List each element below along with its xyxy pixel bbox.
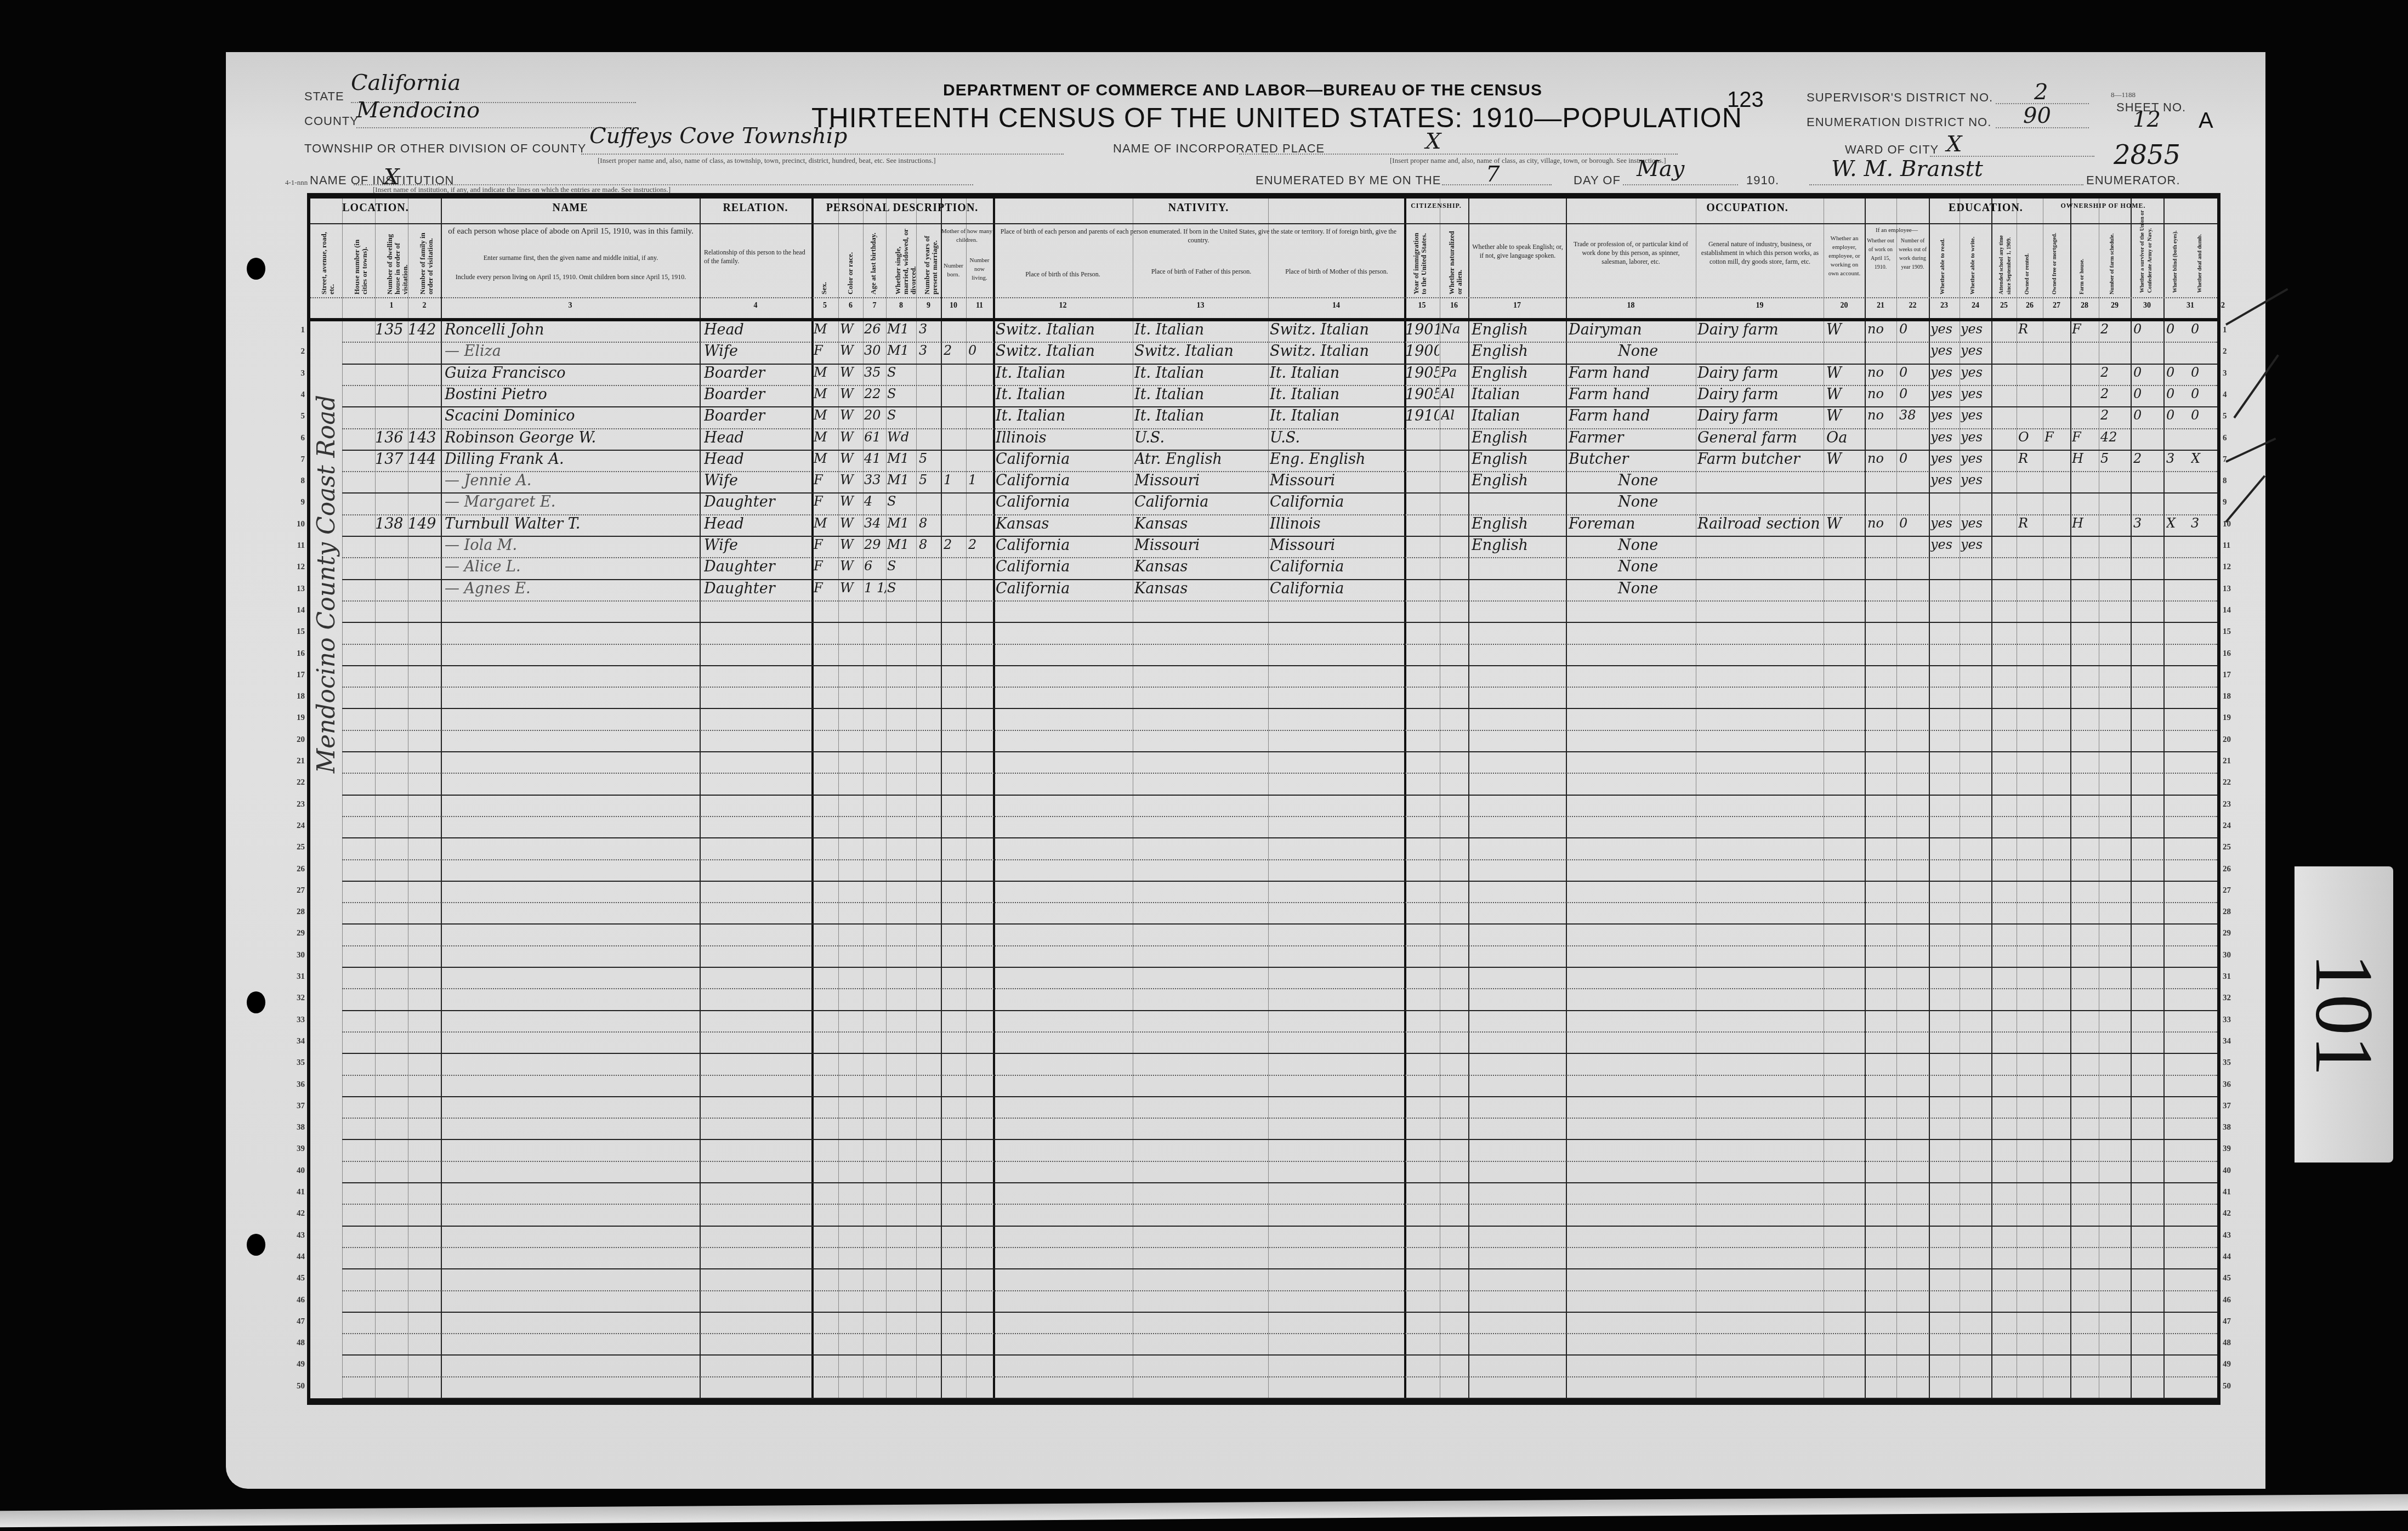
header-age: Age at last birthday. <box>870 229 877 294</box>
punch-hole-icon <box>247 258 265 280</box>
header-mother-of: Mother of how many children. <box>941 227 993 245</box>
cell-c31: 0 <box>2166 407 2191 423</box>
county-label: County <box>304 114 359 128</box>
header-birth-father: Place of birth of Father of this person. <box>1135 267 1267 276</box>
cell-age: 41 <box>864 451 886 466</box>
cell-language: Italian <box>1472 386 1565 403</box>
day-of-label: day of <box>1574 173 1621 188</box>
cell-birth-mother: It. Italian <box>1270 407 1402 424</box>
line-number: 21 <box>2223 757 2238 766</box>
cell-dwelling: 138 <box>375 515 408 532</box>
enumerated-day: 7 <box>1486 162 1500 187</box>
cell-industry: Farm butcher <box>1697 451 1822 468</box>
cell-marital: M1 <box>887 537 916 552</box>
cell-trade: Farm hand <box>1569 365 1695 382</box>
header-number-born: Number born. <box>941 262 966 279</box>
cell-read: yes <box>1930 515 1959 531</box>
cell-c30: 0 <box>2133 321 2163 337</box>
cell-read: yes <box>1930 451 1959 466</box>
cell-family: 143 <box>408 429 441 446</box>
header-name-instr1: Enter surname first, then the given name… <box>447 253 694 262</box>
cell-c30: 0 <box>2133 407 2163 423</box>
cell-sex: F <box>814 494 838 509</box>
cell-relation: Head <box>704 429 808 446</box>
line-number: 11 <box>289 541 305 551</box>
cell-c30: 2 <box>2133 451 2163 466</box>
cell-relation: Wife <box>704 472 808 489</box>
cell-write: yes <box>1961 343 1991 358</box>
cell-age: 29 <box>864 537 886 552</box>
cell-farm-house: H <box>2072 451 2098 466</box>
cell-family: 144 <box>408 451 441 468</box>
line-number: 4 <box>2223 390 2238 400</box>
line-number: 1 <box>2223 326 2238 335</box>
cell-industry: Dairy farm <box>1697 365 1822 382</box>
line-number: 10 <box>289 520 305 529</box>
cell-marital: M1 <box>887 472 916 487</box>
line-number: 36 <box>2223 1080 2238 1090</box>
cell-age: 34 <box>864 515 886 531</box>
cell-owned: R <box>2018 515 2042 531</box>
line-number: 40 <box>2223 1166 2238 1176</box>
line-number: 46 <box>289 1296 305 1305</box>
cell-birth-mother: California <box>1270 580 1402 597</box>
cell-birth-father: It. Italian <box>1134 365 1267 382</box>
enumeration-district-label: Enumeration District No. <box>1807 115 1991 129</box>
cell-color: W <box>840 321 863 337</box>
line-number: 31 <box>2223 972 2238 982</box>
cell-birth-mother: It. Italian <box>1270 365 1402 382</box>
cell-birth-person: California <box>996 494 1132 511</box>
line-number: 30 <box>289 951 305 960</box>
township-value: Cuffeys Cove Township <box>589 123 847 149</box>
header-veteran: Whether a survivor of the Union or Confe… <box>2139 205 2154 293</box>
line-number: 34 <box>289 1037 305 1046</box>
column-number: 18 <box>1566 302 1696 310</box>
cell-sex: M <box>814 429 838 445</box>
line-number: 43 <box>2223 1231 2238 1240</box>
cell-c30: 3 <box>2133 515 2163 531</box>
cell-language: Italian <box>1472 407 1565 424</box>
line-number: 28 <box>289 908 305 917</box>
line-number: 20 <box>2223 735 2238 745</box>
cell-owned: R <box>2018 451 2042 466</box>
cell-farm-schedule: 2 <box>2100 365 2130 380</box>
page-stamp: 123 <box>1727 88 1764 112</box>
cell-birth-father: It. Italian <box>1134 321 1267 338</box>
cell-birth-father: Missouri <box>1134 537 1267 554</box>
supervisor-district-value: 2 <box>2034 80 2048 105</box>
cell-living: 1 <box>968 472 991 487</box>
cell-marital: S <box>887 558 916 574</box>
stamp-number: 2855 <box>2114 140 2180 171</box>
cell-birth-father: It. Italian <box>1134 386 1267 403</box>
line-number: 8 <box>289 477 305 486</box>
line-number: 31 <box>289 972 305 982</box>
cell-relation: Daughter <box>704 558 808 575</box>
header-language: Whether able to speak English; or, if no… <box>1472 242 1564 260</box>
cell-trade: None <box>1569 558 1744 575</box>
line-number: 12 <box>2223 563 2238 572</box>
column-number: 19 <box>1696 302 1824 310</box>
department-heading: DEPARTMENT OF COMMERCE AND LABOR—BUREAU … <box>943 81 1542 100</box>
cell-marital: S <box>887 494 916 509</box>
cell-name: Robinson George W. <box>445 429 697 446</box>
column-number: 17 <box>1468 302 1566 310</box>
state-value: California <box>351 70 461 95</box>
line-number: 47 <box>2223 1317 2238 1326</box>
group-personal: PERSONAL DESCRIPTION. <box>811 202 993 214</box>
line-number: 32 <box>2223 994 2238 1003</box>
column-number: 4 <box>700 302 811 310</box>
line-number: 25 <box>289 843 305 852</box>
line-number: 24 <box>2223 821 2238 831</box>
cell-sex: M <box>814 386 838 401</box>
header-marital: Whether single, married, widowed, or div… <box>894 229 917 294</box>
line-number: 17 <box>289 671 305 680</box>
cell-language: English <box>1472 429 1565 446</box>
tab-label: 101 <box>2300 866 2388 1163</box>
cell-birth-person: It. Italian <box>996 365 1132 382</box>
line-number: 9 <box>289 498 305 507</box>
cell-age: 6 <box>864 558 886 574</box>
header-color: Color or race. <box>847 242 854 294</box>
cell-read: yes <box>1930 321 1959 337</box>
incorporated-place-note: [Insert proper name and, also, name of c… <box>1390 156 1666 165</box>
cell-language: English <box>1472 515 1565 532</box>
line-number: 50 <box>289 1382 305 1391</box>
cell-out-of-work: no <box>1867 451 1896 466</box>
cell-marital: S <box>887 365 916 380</box>
cell-c31: 0 <box>2166 365 2191 380</box>
cell-birth-person: California <box>996 580 1132 597</box>
enumerated-month: May <box>1637 156 1684 182</box>
column-number: 24 <box>1960 302 1991 310</box>
column-number: 12 <box>993 302 1133 310</box>
next-sheet-edge <box>0 1494 2408 1528</box>
group-education: EDUCATION. <box>1929 202 2043 214</box>
microfilm-tab: 101 <box>2295 866 2393 1163</box>
cell-write: yes <box>1961 472 1991 487</box>
cell-relation: Daughter <box>704 580 808 597</box>
line-number: 38 <box>2223 1123 2238 1132</box>
cell-weeks-out: 0 <box>1899 365 1928 380</box>
column-number: 15 <box>1404 302 1440 310</box>
header-mortgaged: Owned free or mortgaged. <box>2051 229 2059 294</box>
column-number: 21 <box>1865 302 1896 310</box>
cell-birth-person: California <box>996 451 1132 468</box>
cell-name: Bostini Pietro <box>445 386 697 403</box>
line-number: 21 <box>289 757 305 766</box>
cell-weeks-out: 38 <box>1899 407 1928 423</box>
cell-read: yes <box>1930 472 1959 487</box>
header-sex: Sex. <box>820 275 828 294</box>
cell-industry: Railroad section <box>1697 515 1822 532</box>
line-number: 42 <box>289 1209 305 1218</box>
line-number: 36 <box>289 1080 305 1090</box>
cell-trade: Farm hand <box>1569 407 1695 424</box>
cell-industry: Dairy farm <box>1697 407 1822 424</box>
line-number: 13 <box>2223 585 2238 594</box>
cell-sex: F <box>814 580 838 596</box>
header-family-number: Number of family in order of visitation. <box>419 229 434 294</box>
cell-dwelling: 137 <box>375 451 408 468</box>
line-number: 14 <box>289 606 305 615</box>
form-code: 4-1-nnn <box>285 178 308 187</box>
cell-owned: R <box>2018 321 2042 337</box>
year-label: 1910. <box>1746 173 1779 188</box>
cell-age: 20 <box>864 407 886 423</box>
cell-name: — Jennie A. <box>445 472 697 489</box>
column-number: 2 <box>408 302 441 310</box>
cell-name: Dilling Frank A. <box>445 451 697 468</box>
group-relation: RELATION. <box>700 202 811 214</box>
line-number: 16 <box>289 649 305 659</box>
cell-birth-mother: California <box>1270 558 1402 575</box>
cell-marital: S <box>887 386 916 401</box>
group-name: NAME <box>441 202 700 214</box>
cell-name: Turnbull Walter T. <box>445 515 697 532</box>
cell-born: 2 <box>944 343 966 358</box>
line-number: 30 <box>2223 951 2238 960</box>
cell-birth-person: California <box>996 537 1132 554</box>
ward-label: Ward of city <box>1845 143 1939 157</box>
line-number: 17 <box>2223 671 2238 680</box>
cell-c31: 0 <box>2166 386 2191 401</box>
cell-birth-mother: Missouri <box>1270 472 1402 489</box>
cell-write: yes <box>1961 407 1991 423</box>
cell-out-of-work: no <box>1867 321 1896 337</box>
cell-name: — Iola M. <box>445 537 697 554</box>
cell-write: yes <box>1961 321 1991 337</box>
cell-age: 33 <box>864 472 886 487</box>
cell-marital: S <box>887 407 916 423</box>
cell-weeks-out: 0 <box>1899 515 1928 531</box>
cell-color: W <box>840 343 863 358</box>
cell-relation: Head <box>704 321 808 338</box>
header-immigration-year: Year of immigration to the United States… <box>1412 229 1428 294</box>
header-school: Attended school any time since September… <box>1998 229 2013 294</box>
punch-hole-icon <box>247 1234 265 1256</box>
line-number: 15 <box>2223 627 2238 637</box>
cell-out-of-work: no <box>1867 515 1896 531</box>
cell-c31: X <box>2166 515 2191 531</box>
line-number: 11 <box>2223 541 2238 551</box>
line-number: 3 <box>2223 369 2238 378</box>
cell-name: Guiza Francisco <box>445 365 697 382</box>
cell-c31: 0 <box>2166 321 2191 337</box>
cell-weeks-out: 0 <box>1899 321 1928 337</box>
sheet-number-value: 12 <box>2133 107 2161 132</box>
cell-c32: 3 <box>2191 515 2216 531</box>
line-number: 1 <box>289 326 305 335</box>
line-number: 29 <box>289 929 305 938</box>
state-label: State <box>304 89 344 104</box>
cell-write: yes <box>1961 451 1991 466</box>
sheet-form-code: 8—1188 <box>2111 90 2136 99</box>
cell-marital: M1 <box>887 515 916 531</box>
cell-born: 1 <box>944 472 966 487</box>
group-location: LOCATION. <box>310 202 441 214</box>
cell-employer: W <box>1826 451 1864 468</box>
cell-employer: W <box>1826 386 1864 403</box>
line-number: 42 <box>2223 1209 2238 1218</box>
cell-write: yes <box>1961 537 1991 552</box>
cell-marital: M1 <box>887 451 916 466</box>
cell-marital: M1 <box>887 343 916 358</box>
line-number: 7 <box>289 455 305 464</box>
line-number: 39 <box>2223 1144 2238 1154</box>
line-number: 48 <box>2223 1339 2238 1348</box>
enumerated-label: Enumerated by me on the <box>1256 173 1441 188</box>
line-number: 35 <box>289 1058 305 1068</box>
sheet-side: A <box>2199 109 2213 133</box>
line-number: 23 <box>2223 800 2238 809</box>
column-number: 31 <box>2163 302 2217 310</box>
line-number: 45 <box>2223 1274 2238 1283</box>
header-if-employee: If an employee— <box>1865 226 1929 235</box>
column-number: 29 <box>2099 302 2131 310</box>
cell-relation: Boarder <box>704 386 808 403</box>
line-number: 27 <box>289 886 305 895</box>
header-name-desc: of each person whose place of abode on A… <box>447 227 694 236</box>
column-number: 8 <box>886 302 916 310</box>
cell-farm-house: F <box>2072 321 2098 337</box>
cell-birth-father: It. Italian <box>1134 407 1267 424</box>
header-naturalized: Whether naturalized or alien. <box>1448 229 1463 294</box>
cell-c32: 0 <box>2191 321 2216 337</box>
cell-farm-schedule: 2 <box>2100 407 2130 423</box>
cell-family: 149 <box>408 515 441 532</box>
header-weeks-out: Number of weeks out of work during year … <box>1897 237 1928 272</box>
cell-birth-person: Switz. Italian <box>996 321 1132 338</box>
cell-sex: F <box>814 343 838 358</box>
group-nativity: NATIVITY. <box>993 202 1404 214</box>
cell-color: W <box>840 451 863 466</box>
cell-years-married: 3 <box>919 343 940 358</box>
cell-name: Roncelli John <box>445 321 697 338</box>
punch-hole-icon <box>247 991 265 1013</box>
header-farm-schedule: Number of farm schedule. <box>2109 229 2116 294</box>
cell-sex: F <box>814 472 838 487</box>
cell-sex: F <box>814 537 838 552</box>
line-number: 2 <box>2223 347 2238 356</box>
header-nativity-desc: Place of birth of each person and parent… <box>996 227 1401 245</box>
cell-birth-mother: Switz. Italian <box>1270 343 1402 360</box>
cell-write: yes <box>1961 515 1991 531</box>
line-number: 33 <box>2223 1016 2238 1025</box>
line-number: 4 <box>289 390 305 400</box>
header-house-number: House number (in cities or towns). <box>353 229 368 294</box>
cell-color: W <box>840 494 863 509</box>
cell-dwelling: 136 <box>375 429 408 446</box>
cell-name: — Margaret E. <box>445 494 697 511</box>
header-industry: General nature of industry, business, or… <box>1699 240 1821 266</box>
cell-industry: Dairy farm <box>1697 386 1822 403</box>
cell-employer: W <box>1826 321 1864 338</box>
cell-out-of-work: no <box>1867 365 1896 380</box>
line-number: 26 <box>2223 865 2238 874</box>
cell-living: 2 <box>968 537 991 552</box>
cell-name: — Eliza <box>445 343 697 360</box>
cell-naturalized: Al <box>1441 386 1468 401</box>
cell-sex: F <box>814 558 838 574</box>
column-number: 32 <box>2217 302 2225 310</box>
cell-color: W <box>840 580 863 596</box>
cell-language: English <box>1472 451 1565 468</box>
cell-birth-father: Missouri <box>1134 472 1267 489</box>
line-number: 29 <box>2223 929 2238 938</box>
cell-trade: None <box>1569 472 1744 489</box>
line-number: 40 <box>289 1166 305 1176</box>
cell-birth-mother: California <box>1270 494 1402 511</box>
header-trade: Trade or profession of, or particular ki… <box>1569 240 1693 266</box>
cell-farm-schedule: 2 <box>2100 321 2130 337</box>
cell-trade: None <box>1569 343 1744 360</box>
cell-name: — Alice L. <box>445 558 697 575</box>
cell-relation: Wife <box>704 343 808 360</box>
column-number: 7 <box>863 302 886 310</box>
line-number: 49 <box>289 1360 305 1369</box>
cell-read: yes <box>1930 343 1959 358</box>
cell-name: Scacini Dominico <box>445 407 697 424</box>
cell-relation: Daughter <box>704 494 808 511</box>
cell-read: yes <box>1930 429 1959 445</box>
cell-immigration: 1905 <box>1405 386 1439 403</box>
cell-language: English <box>1472 343 1565 360</box>
cell-birth-father: Kansas <box>1134 558 1267 575</box>
cell-living: 0 <box>968 343 991 358</box>
cell-language: English <box>1472 321 1565 338</box>
line-number: 37 <box>289 1102 305 1111</box>
cell-read: yes <box>1930 386 1959 401</box>
line-number: 47 <box>289 1317 305 1326</box>
cell-color: W <box>840 537 863 552</box>
cell-birth-person: It. Italian <box>996 407 1132 424</box>
line-number: 41 <box>289 1188 305 1197</box>
header-write: Whether able to write. <box>1969 229 1977 294</box>
cell-trade: Farmer <box>1569 429 1695 446</box>
cell-name: — Agnes E. <box>445 580 697 597</box>
line-number: 27 <box>2223 886 2238 895</box>
cell-birth-mother: U.S. <box>1270 429 1402 446</box>
cell-c32: 0 <box>2191 365 2216 380</box>
cell-trade: Dairyman <box>1569 321 1695 338</box>
cell-sex: M <box>814 321 838 337</box>
township-note: [Insert proper name and, also, name of c… <box>598 156 936 165</box>
cell-industry: Dairy farm <box>1697 321 1822 338</box>
cell-relation: Boarder <box>704 365 808 382</box>
cell-birth-person: California <box>996 558 1132 575</box>
line-number: 38 <box>289 1123 305 1132</box>
cell-years-married: 8 <box>919 537 940 552</box>
cell-birth-person: It. Italian <box>996 386 1132 403</box>
cell-birth-person: California <box>996 472 1132 489</box>
cell-language: English <box>1472 537 1565 554</box>
cell-relation: Head <box>704 451 808 468</box>
cell-marital: S <box>887 580 916 596</box>
column-number: 23 <box>1929 302 1960 310</box>
cell-industry: General farm <box>1697 429 1822 446</box>
cell-birth-mother: Switz. Italian <box>1270 321 1402 338</box>
cell-relation: Head <box>704 515 808 532</box>
line-number: 33 <box>289 1016 305 1025</box>
cell-farm-schedule: 5 <box>2100 451 2130 466</box>
county-value: Mendocino <box>356 98 480 123</box>
header-name-instr2: Include every person living on April 15,… <box>447 273 694 281</box>
line-number: 18 <box>289 692 305 701</box>
line-number: 14 <box>2223 606 2238 615</box>
